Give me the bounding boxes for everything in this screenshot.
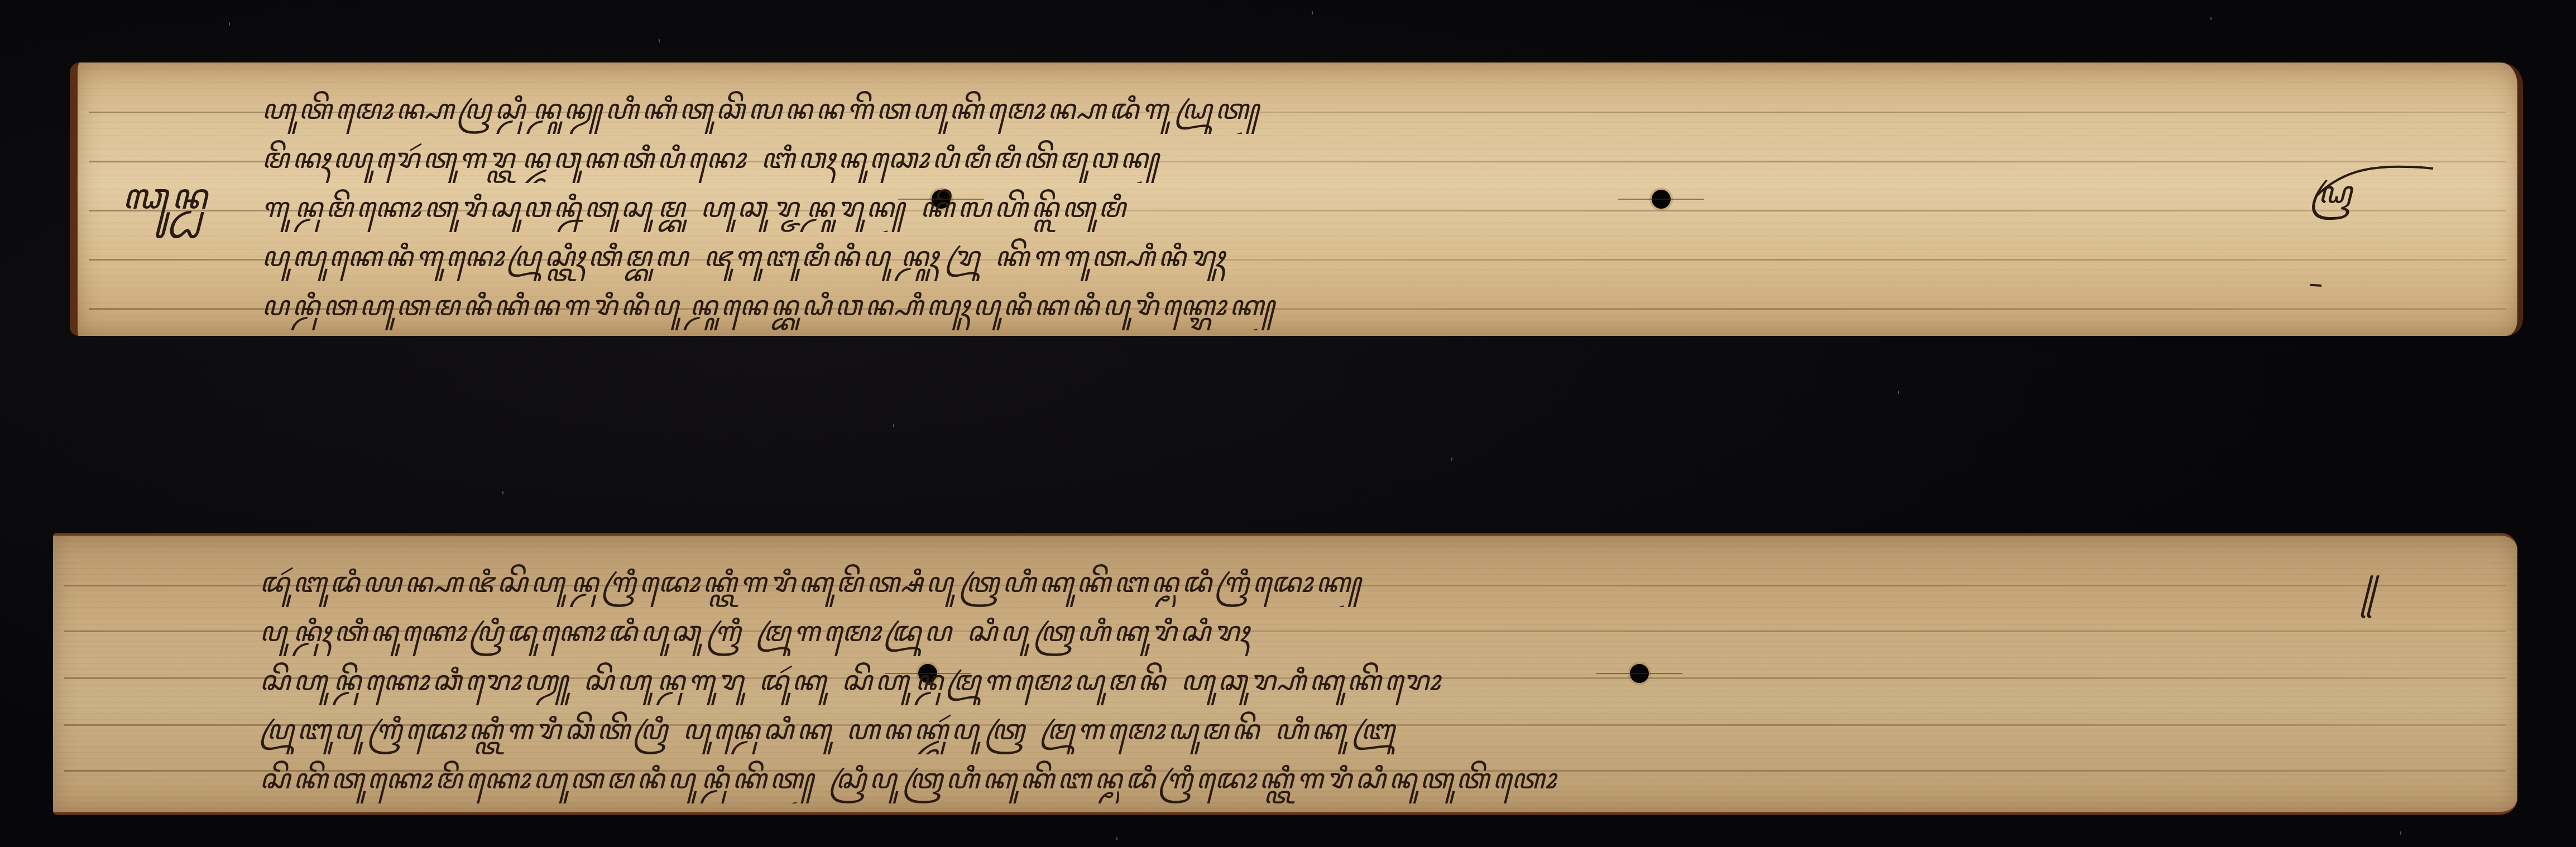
velvet-speck: [659, 39, 660, 42]
folio-number: ꦓꦸꦤ꧀ꦝ: [122, 169, 207, 242]
velvet-speck: [1312, 11, 1313, 15]
text-line: ꦥꦤ꧀ꦝꦶꦠꦲꦸꦠꦩꦤꦶꦏꦶꦤꦒꦫꦶꦤꦶꦥꦸꦤ꧀ꦝꦸꦤꦺꦤ꧀ꦧꦸꦝꦶꦮꦤ꧀ꦲꦶꦭ…: [262, 281, 2299, 330]
velvet-speck: [502, 491, 503, 494]
velvet-speck: [1116, 837, 1117, 840]
flourish-line: [2310, 146, 2444, 325]
palm-leaf-top: ꦓꦸꦤ꧀ꦝ ꦲꦸꦠꦼꦩꦺꦴꦤ꧀ꦲꦥꦿꦱ꧀ꦝꦶꦤ꧀ꦝꦸꦤꦾꦲꦶꦏꦶꦠꦸꦕꦼꦭꦤꦤꦒ…: [70, 62, 2523, 336]
text-line: ꦱꦼꦲꦸꦤ꧀ꦝꦼꦏꦺꦴꦕꦶꦫꦺꦴꦲꦾꦸ ꦱꦼꦲꦸꦤ꧀ꦝꦒꦸꦫꦸ ꦢꦸꦂꦏꦸ ꦱꦼ…: [260, 656, 2358, 705]
velvet-speck: [2210, 17, 2212, 20]
text-line: ꦥꦿꦸꦧꦸꦥꦸꦒꦿꦶꦢꦺꦴꦏ꧀ꦠꦶꦒꦫꦶꦕꦼꦠꦼꦥꦿꦶ ꦥꦸꦤ꧀ꦝꦺꦱꦶꦏꦸ ꦲ…: [260, 705, 2358, 754]
text-line: ꦩꦼꦤꦃꦪꦸꦫꦺꦂꦠꦸꦒꦫ꧀ꦠꦤ꧀ꦢꦮꦸꦏꦠꦶꦥꦶꦤꦺꦴ ꦧꦶꦮꦃꦤꦸꦕꦺꦴꦥꦶ…: [262, 134, 2299, 183]
palm-leaf-bottom: ꦢꦸꦂꦧꦸꦢꦶꦪꦤ꧀ꦲꦗꦶꦱꦼꦲꦸꦤ꧀ꦝꦒꦿꦶꦢꦺꦴꦏ꧀ꦠꦶꦒꦫꦶꦏꦸꦩꦼꦠ꧀ꦱ…: [53, 533, 2517, 815]
velvet-speck: [2400, 831, 2401, 835]
leaf-text: ꦲꦸꦠꦼꦩꦺꦴꦤ꧀ꦲꦥꦿꦱ꧀ꦝꦶꦤ꧀ꦝꦸꦤꦾꦲꦶꦏꦶꦠꦸꦕꦼꦭꦤꦤꦒꦼꦠꦲꦸꦏꦼ…: [262, 85, 2299, 330]
text-line: ꦒꦸꦤ꧀ꦝꦩꦼꦏꦺꦴꦠꦸꦫꦶꦱꦸꦮꦤ꧀ꦤꦶꦠꦸꦱꦸꦩ꧀ꦧꦸ ꦲꦸꦕꦸꦫ꧀ꦗꦤ꧀ꦝ…: [262, 183, 2299, 232]
leaf-text: ꦢꦸꦂꦧꦸꦢꦶꦪꦤ꧀ꦲꦗꦶꦱꦼꦲꦸꦤ꧀ꦝꦒꦿꦶꦢꦺꦴꦏ꧀ꦠꦶꦒꦫꦶꦏꦸꦩꦼꦠ꧀ꦱ…: [260, 558, 2358, 803]
manuscript-photo: ꦓꦸꦤ꧀ꦝ ꦲꦸꦠꦼꦩꦺꦴꦤ꧀ꦲꦥꦿꦱ꧀ꦝꦶꦤ꧀ꦝꦸꦤꦾꦲꦶꦏꦶꦠꦸꦕꦼꦭꦤꦤꦒ…: [0, 0, 2576, 847]
velvet-speck: [1898, 391, 1899, 394]
text-line: ꦥꦸꦤ꧀ꦝꦶꦃꦠꦶꦤꦸꦏꦺꦴꦥꦿꦶꦢꦸꦏꦺꦴꦢꦶꦥꦸꦕꦸꦒꦿꦶ ꦩꦿꦸꦒꦩꦺꦴꦢ…: [260, 607, 2358, 656]
velvet-speck: [1451, 458, 1452, 461]
text-line: ꦢꦸꦂꦧꦸꦢꦶꦪꦤ꧀ꦲꦗꦶꦱꦼꦲꦸꦤ꧀ꦝꦒꦿꦶꦢꦺꦴꦏ꧀ꦠꦶꦒꦫꦶꦏꦸꦩꦼꦠ꧀ꦱ…: [260, 558, 2358, 607]
text-line: ꦥꦸꦭꦸꦏꦺꦤꦶꦒꦸꦤꦺꦴꦥꦿꦸꦱ꧀ꦠꦶꦃꦠꦶꦩ꧀ꦧꦸꦭ ꦗꦸꦒꦸꦧꦸꦩꦶꦤꦶꦥ…: [262, 232, 2299, 281]
velvet-speck: [893, 424, 894, 427]
top-right-mark: ꧋: [2364, 558, 2378, 622]
text-line: ꦱꦼꦏꦼꦠꦸꦏꦺꦴꦩꦼꦏꦺꦴꦲꦸꦠꦩꦤꦶꦥꦸꦤ꧀ꦝꦶꦏꦼꦠ꧀ ꦱꦿꦶꦥꦸꦠꦿꦲꦶ…: [260, 754, 2358, 803]
velvet-speck: [229, 22, 230, 26]
text-line: ꦲꦸꦠꦼꦩꦺꦴꦤ꧀ꦲꦥꦿꦱ꧀ꦝꦶꦤ꧀ꦝꦸꦤꦾꦲꦶꦏꦶꦠꦸꦕꦼꦭꦤꦤꦒꦼꦠꦲꦸꦏꦼ…: [262, 85, 2299, 134]
